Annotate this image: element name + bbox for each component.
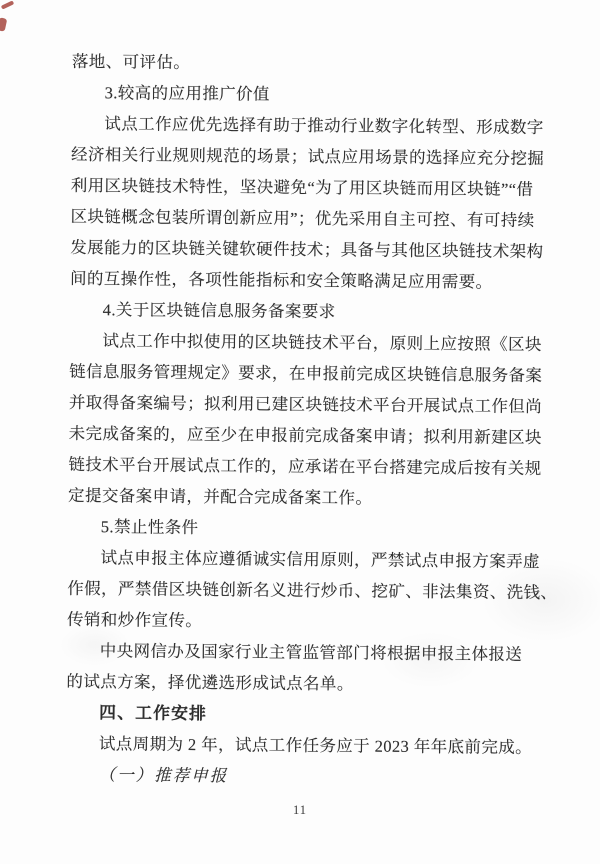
document-line: 的试点方案，择优遴选形成试点名单。	[66, 666, 536, 701]
section-heading: 四、工作安排	[66, 697, 536, 732]
document-line: 未完成备案的，应至少在申报前完成备案申请；拟利用新建区块	[69, 418, 539, 453]
document-line: 区块链概念包装所谓创新应用”；优先采用自主可控、有可持续	[70, 201, 540, 236]
document-page: 落地、可评估。 3.较高的应用推广价值 试点工作应优先选择有助于推动行业数字化转…	[0, 0, 600, 864]
document-line: 试点申报主体应遵循诚实信用原则，严禁试点申报方案弄虚	[67, 542, 537, 577]
document-line: 利用区块链技术特性，坚决避免“为了用区块链而用区块链”“借	[71, 170, 541, 205]
document-line: 中央网信办及国家行业主管监管部门将根据申报主体报送	[67, 635, 537, 670]
document-line: 试点周期为 2 年，试点工作任务应于 2023 年年底前完成。	[66, 728, 536, 763]
document-line: 发展能力的区块链关键软硬件技术；具备与其他区块链技术架构	[70, 232, 540, 267]
document-line: 链信息服务管理规定》要求，在申报前完成区块链信息服务备案	[69, 356, 539, 391]
document-line: 传销和炒作宣传。	[67, 604, 537, 639]
list-item-heading: 5.禁止性条件	[68, 511, 538, 546]
page-number: 11	[0, 803, 600, 818]
document-line: 间的互操作性，各项性能指标和安全策略满足应用需要。	[70, 263, 540, 298]
list-item-heading: 4.关于区块链信息服务备案要求	[70, 294, 540, 329]
list-item-heading: 3.较高的应用推广价值	[71, 77, 541, 112]
subsection-heading: （一）推荐申报	[66, 759, 536, 794]
document-line: 落地、可评估。	[72, 46, 542, 81]
document-line: 试点工作应优先选择有助于推动行业数字化转型、形成数字	[71, 108, 541, 143]
document-line: 定提交备案申请，并配合完成备案工作。	[68, 480, 538, 515]
document-line: 作假，严禁借区块链创新名义进行炒币、挖矿、非法集资、洗钱、	[67, 573, 537, 608]
document-line: 并取得备案编号；拟利用已建区块链技术平台开展试点工作但尚	[69, 387, 539, 422]
document-line: 链技术平台开展试点工作的，应承诺在平台搭建完成后按有关规	[68, 449, 538, 484]
document-line: 试点工作中拟使用的区块链技术平台，原则上应按照《区块	[69, 325, 539, 360]
red-pen-mark	[0, 17, 7, 31]
red-pen-mark	[1, 0, 14, 9]
document-line: 经济相关行业规则规范的场景；试点应用场景的选择应充分挖掘	[71, 139, 541, 174]
document-body: 落地、可评估。 3.较高的应用推广价值 试点工作应优先选择有助于推动行业数字化转…	[66, 46, 542, 794]
